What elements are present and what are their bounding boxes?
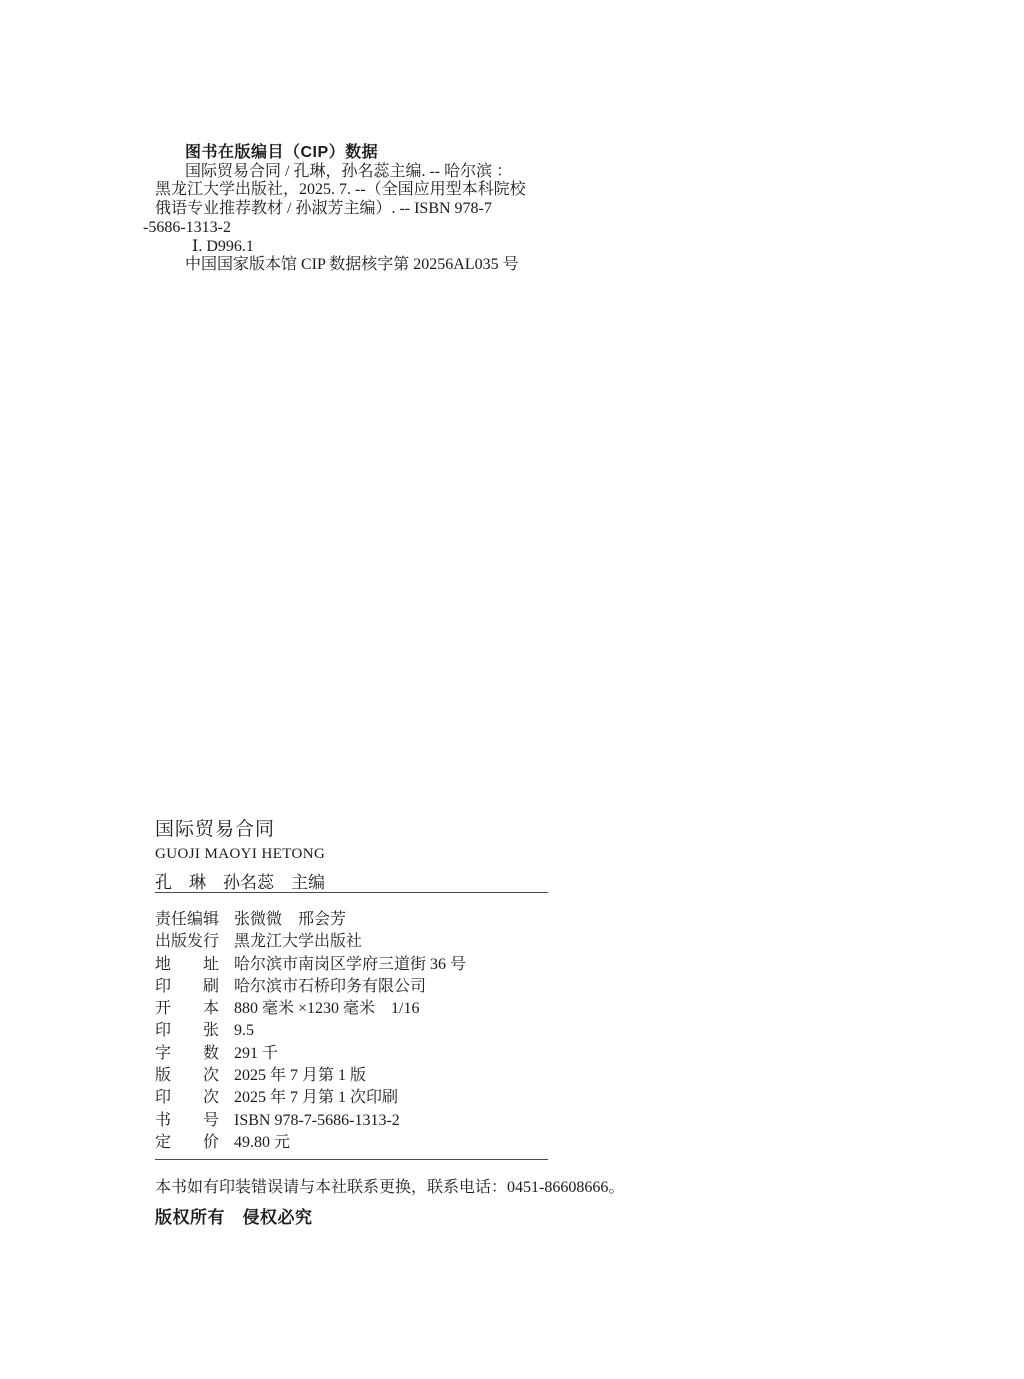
colophon-row: 印 次 2025 年 7 月第 1 次印刷 xyxy=(155,1087,466,1109)
colophon-row: 地 址 哈尔滨市南岗区学府三道街 36 号 xyxy=(155,954,466,976)
divider-top xyxy=(155,892,548,893)
divider-bottom xyxy=(155,1159,548,1160)
colophon-label: 责任编辑 xyxy=(155,909,219,931)
colophon-row: 定 价 49.80 元 xyxy=(155,1132,466,1154)
colophon-row: 字 数 291 千 xyxy=(155,1043,466,1065)
book-title-pinyin: GUOJI MAOYI HETONG xyxy=(155,846,325,863)
book-copyright-page: 图书在版编目（CIP）数据 国际贸易合同 / 孔琳，孙名蕊主编. -- 哈尔滨 … xyxy=(0,0,1024,1379)
cip-header: 图书在版编目（CIP）数据 xyxy=(155,144,625,163)
cip-line: 黑龙江大学出版社，2025. 7. --（全国应用型本科院校 xyxy=(155,181,625,200)
cip-block: 图书在版编目（CIP）数据 国际贸易合同 / 孔琳，孙名蕊主编. -- 哈尔滨 … xyxy=(155,144,625,275)
colophon-label: 书 号 xyxy=(155,1110,219,1132)
cip-line: 中国国家版本馆 CIP 数据核字第 20256AL035 号 xyxy=(155,256,625,275)
colophon-row: 责任编辑 张微微 邢会芳 xyxy=(155,909,466,931)
colophon-value: 哈尔滨市石桥印务有限公司 xyxy=(234,976,426,998)
colophon-row: 开 本 880 毫米 ×1230 毫米 1/16 xyxy=(155,998,466,1020)
book-authors: 孔 琳 孙名蕊 主编 xyxy=(155,868,325,893)
colophon-value: 2025 年 7 月第 1 次印刷 xyxy=(234,1087,398,1109)
book-title: 国际贸易合同 xyxy=(155,814,325,841)
colophon-label: 地 址 xyxy=(155,954,219,976)
colophon-label: 出版发行 xyxy=(155,931,219,953)
colophon-value: 49.80 元 xyxy=(234,1132,290,1154)
cip-line: -5686-1313-2 xyxy=(143,219,625,238)
colophon-row: 书 号 ISBN 978-7-5686-1313-2 xyxy=(155,1110,466,1132)
colophon-value: 张微微 邢会芳 xyxy=(234,909,346,931)
colophon-label: 字 数 xyxy=(155,1043,219,1065)
colophon-label: 印 次 xyxy=(155,1087,219,1109)
colophon-value: 9.5 xyxy=(234,1020,254,1042)
colophon-block: 责任编辑 张微微 邢会芳 出版发行 黑龙江大学出版社 地 址 哈尔滨市南岗区学府… xyxy=(155,909,466,1154)
cip-line: 俄语专业推荐教材 / 孙淑芳主编）. -- ISBN 978-7 xyxy=(155,200,625,219)
colophon-row: 印 刷 哈尔滨市石桥印务有限公司 xyxy=(155,976,466,998)
cip-line: Ⅰ. D996.1 xyxy=(155,238,625,257)
colophon-value: 291 千 xyxy=(234,1043,278,1065)
colophon-value: 880 毫米 ×1230 毫米 1/16 xyxy=(234,998,419,1020)
colophon-label: 印 刷 xyxy=(155,976,219,998)
cip-line: 国际贸易合同 / 孔琳，孙名蕊主编. -- 哈尔滨 ： xyxy=(155,163,625,182)
colophon-value: 哈尔滨市南岗区学府三道街 36 号 xyxy=(234,954,466,976)
colophon-value: 2025 年 7 月第 1 版 xyxy=(234,1065,366,1087)
colophon-row: 印 张 9.5 xyxy=(155,1020,466,1042)
colophon-value: ISBN 978-7-5686-1313-2 xyxy=(234,1110,400,1132)
colophon-label: 印 张 xyxy=(155,1020,219,1042)
colophon-row: 版 次 2025 年 7 月第 1 版 xyxy=(155,1065,466,1087)
colophon-label: 版 次 xyxy=(155,1065,219,1087)
colophon-label: 定 价 xyxy=(155,1132,219,1154)
copyright-statement: 版权所有 侵权必究 xyxy=(155,1203,313,1228)
colophon-label: 开 本 xyxy=(155,998,219,1020)
misprint-notice: 本书如有印装错误请与本社联系更换，联系电话：0451-86608666。 xyxy=(155,1174,624,1197)
title-block: 国际贸易合同 GUOJI MAOYI HETONG 孔 琳 孙名蕊 主编 xyxy=(155,814,325,893)
colophon-value: 黑龙江大学出版社 xyxy=(234,931,362,953)
colophon-row: 出版发行 黑龙江大学出版社 xyxy=(155,931,466,953)
